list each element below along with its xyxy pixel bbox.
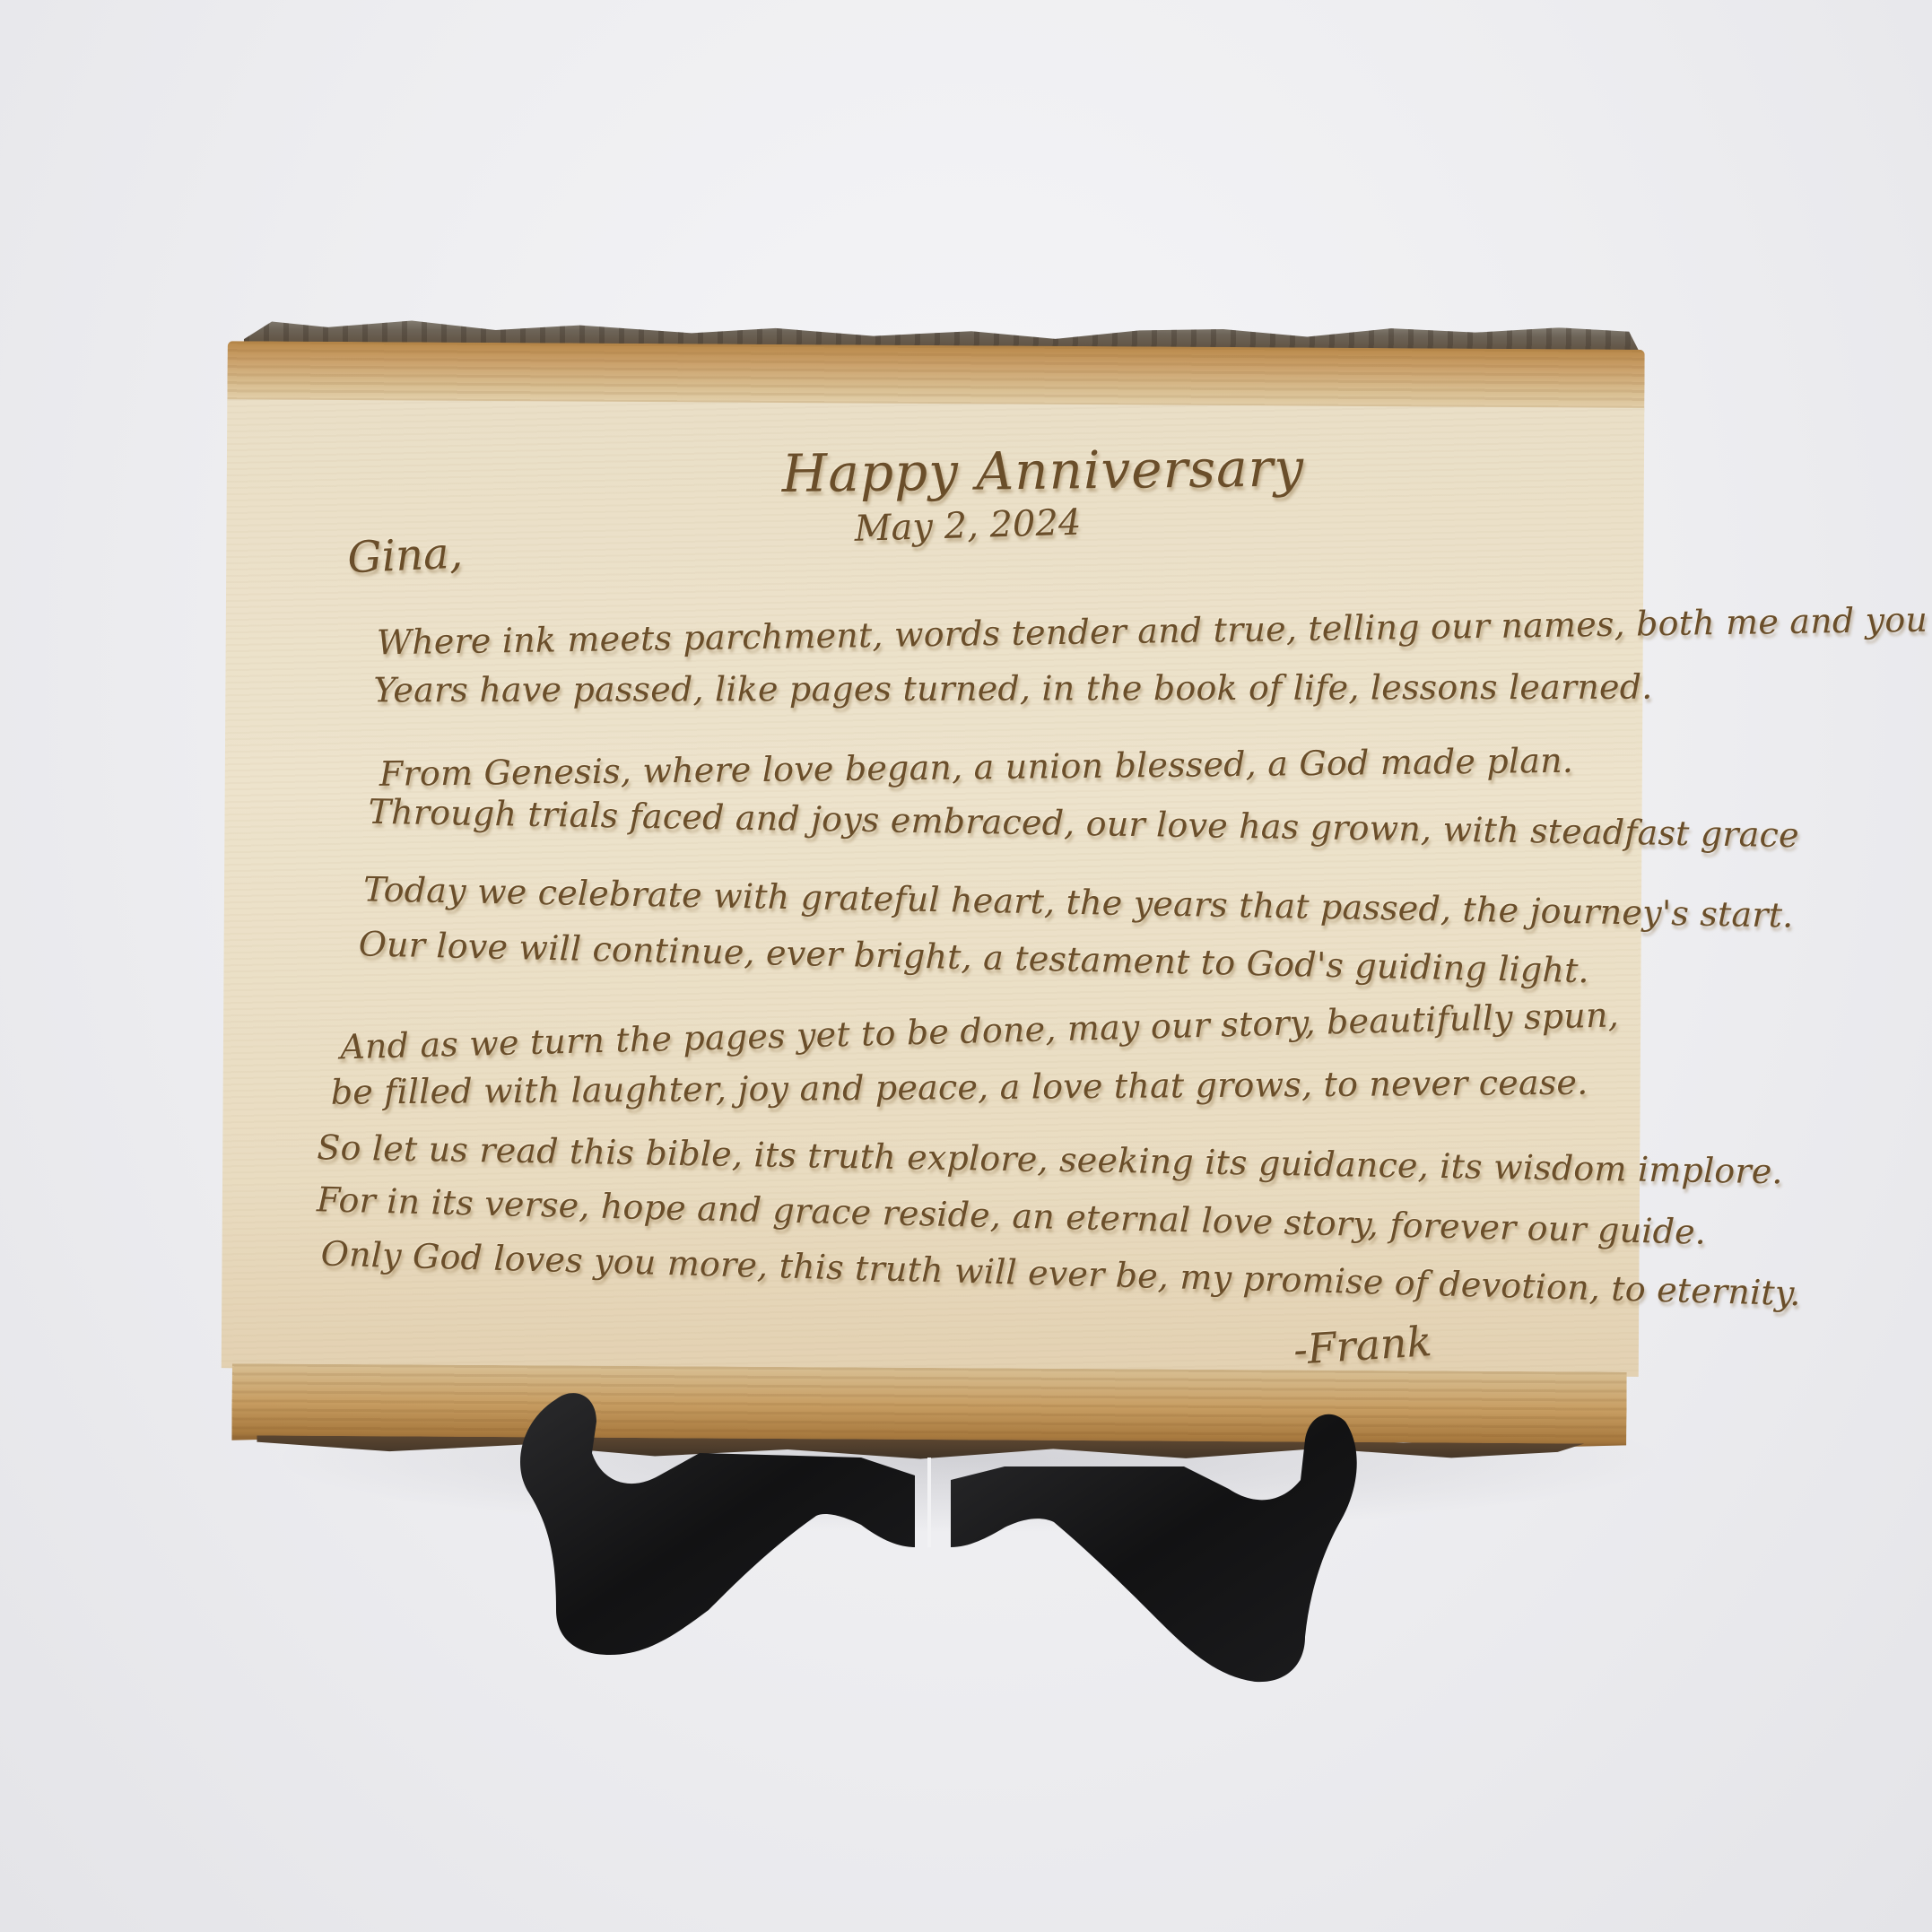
letter-line: From Genesis, where love began, a union … bbox=[379, 741, 1574, 794]
letter-line: And as we turn the pages yet to be done,… bbox=[340, 995, 1620, 1066]
letter-date: May 2, 2024 bbox=[854, 502, 1082, 550]
easel-stand bbox=[502, 1368, 1399, 1780]
engraved-letter: Happy Anniversary May 2, 2024 Gina, Wher… bbox=[221, 314, 1645, 1475]
letter-signature: -Frank bbox=[1292, 1317, 1432, 1374]
letter-line: Today we celebrate with grateful heart, … bbox=[363, 869, 1794, 935]
easel-stand-icon bbox=[502, 1368, 1399, 1780]
wood-plaque: Happy Anniversary May 2, 2024 Gina, Wher… bbox=[221, 314, 1645, 1475]
letter-line: Where ink meets parchment, words tender … bbox=[377, 600, 1928, 663]
letter-line: Years have passed, like pages turned, in… bbox=[373, 667, 1652, 710]
letter-line: be filled with laughter, joy and peace, … bbox=[331, 1063, 1588, 1112]
letter-salutation: Gina, bbox=[346, 527, 464, 583]
letter-line: Through trials faced and joys embraced, … bbox=[368, 792, 1799, 855]
letter-title: Happy Anniversary bbox=[729, 437, 1358, 505]
product-photo-scene: Happy Anniversary May 2, 2024 Gina, Wher… bbox=[0, 0, 1932, 1932]
letter-line: Our love will continue, ever bright, a t… bbox=[358, 924, 1589, 990]
letter-line: So let us read this bible, its truth exp… bbox=[317, 1127, 1783, 1191]
